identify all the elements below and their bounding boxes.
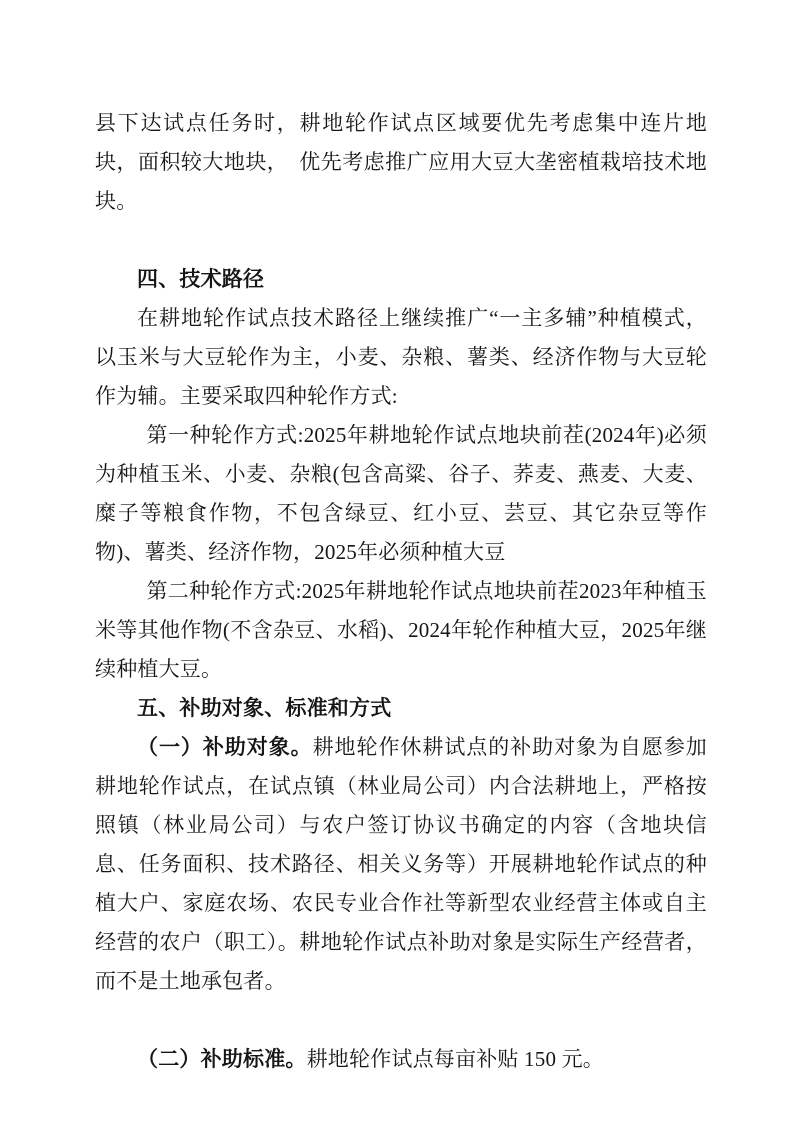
subsidy-standard-text: 耕地轮作试点每亩补贴 150 元。 bbox=[307, 1047, 604, 1071]
blank-line bbox=[95, 1001, 707, 1040]
subsidy-target-text: 耕地轮作休耕试点的补助对象为自愿参加耕地轮作试点，在试点镇（林业局公司）内合法耕… bbox=[95, 735, 707, 993]
document-page: 县下达试点任务时，耕地轮作试点区域要优先考虑集中连片地块，面积较大地块， 优先考… bbox=[0, 0, 793, 1122]
paragraph-technical-route: 在耕地轮作试点技术路径上继续推广“一主多辅”种植模式，以玉米与大豆轮作为主，小麦… bbox=[95, 299, 707, 416]
paragraph-subsidy-standard: （二）补助标准。耕地轮作试点每亩补贴 150 元。 bbox=[95, 1040, 707, 1079]
paragraph-continuation: 县下达试点任务时，耕地轮作试点区域要优先考虑集中连片地块，面积较大地块， 优先考… bbox=[95, 104, 707, 221]
paragraph-subsidy-target: （一）补助对象。耕地轮作休耕试点的补助对象为自愿参加耕地轮作试点，在试点镇（林业… bbox=[95, 728, 707, 1001]
section-heading-subsidy: 五、补助对象、标准和方式 bbox=[95, 689, 707, 728]
paragraph-rotation-mode-2: 第二种轮作方式:2025年耕地轮作试点地块前茬2023年种植玉米等其他作物(不含… bbox=[95, 572, 707, 689]
subsidy-target-label: （一）补助对象。 bbox=[137, 736, 313, 759]
paragraph-rotation-mode-1: 第一种轮作方式:2025年耕地轮作试点地块前茬(2024年)必须为种植玉米、小麦… bbox=[95, 416, 707, 572]
section-heading-technical-route: 四、技术路径 bbox=[95, 260, 707, 299]
subsidy-standard-label: （二）补助标准。 bbox=[137, 1048, 307, 1071]
blank-line bbox=[95, 221, 707, 260]
